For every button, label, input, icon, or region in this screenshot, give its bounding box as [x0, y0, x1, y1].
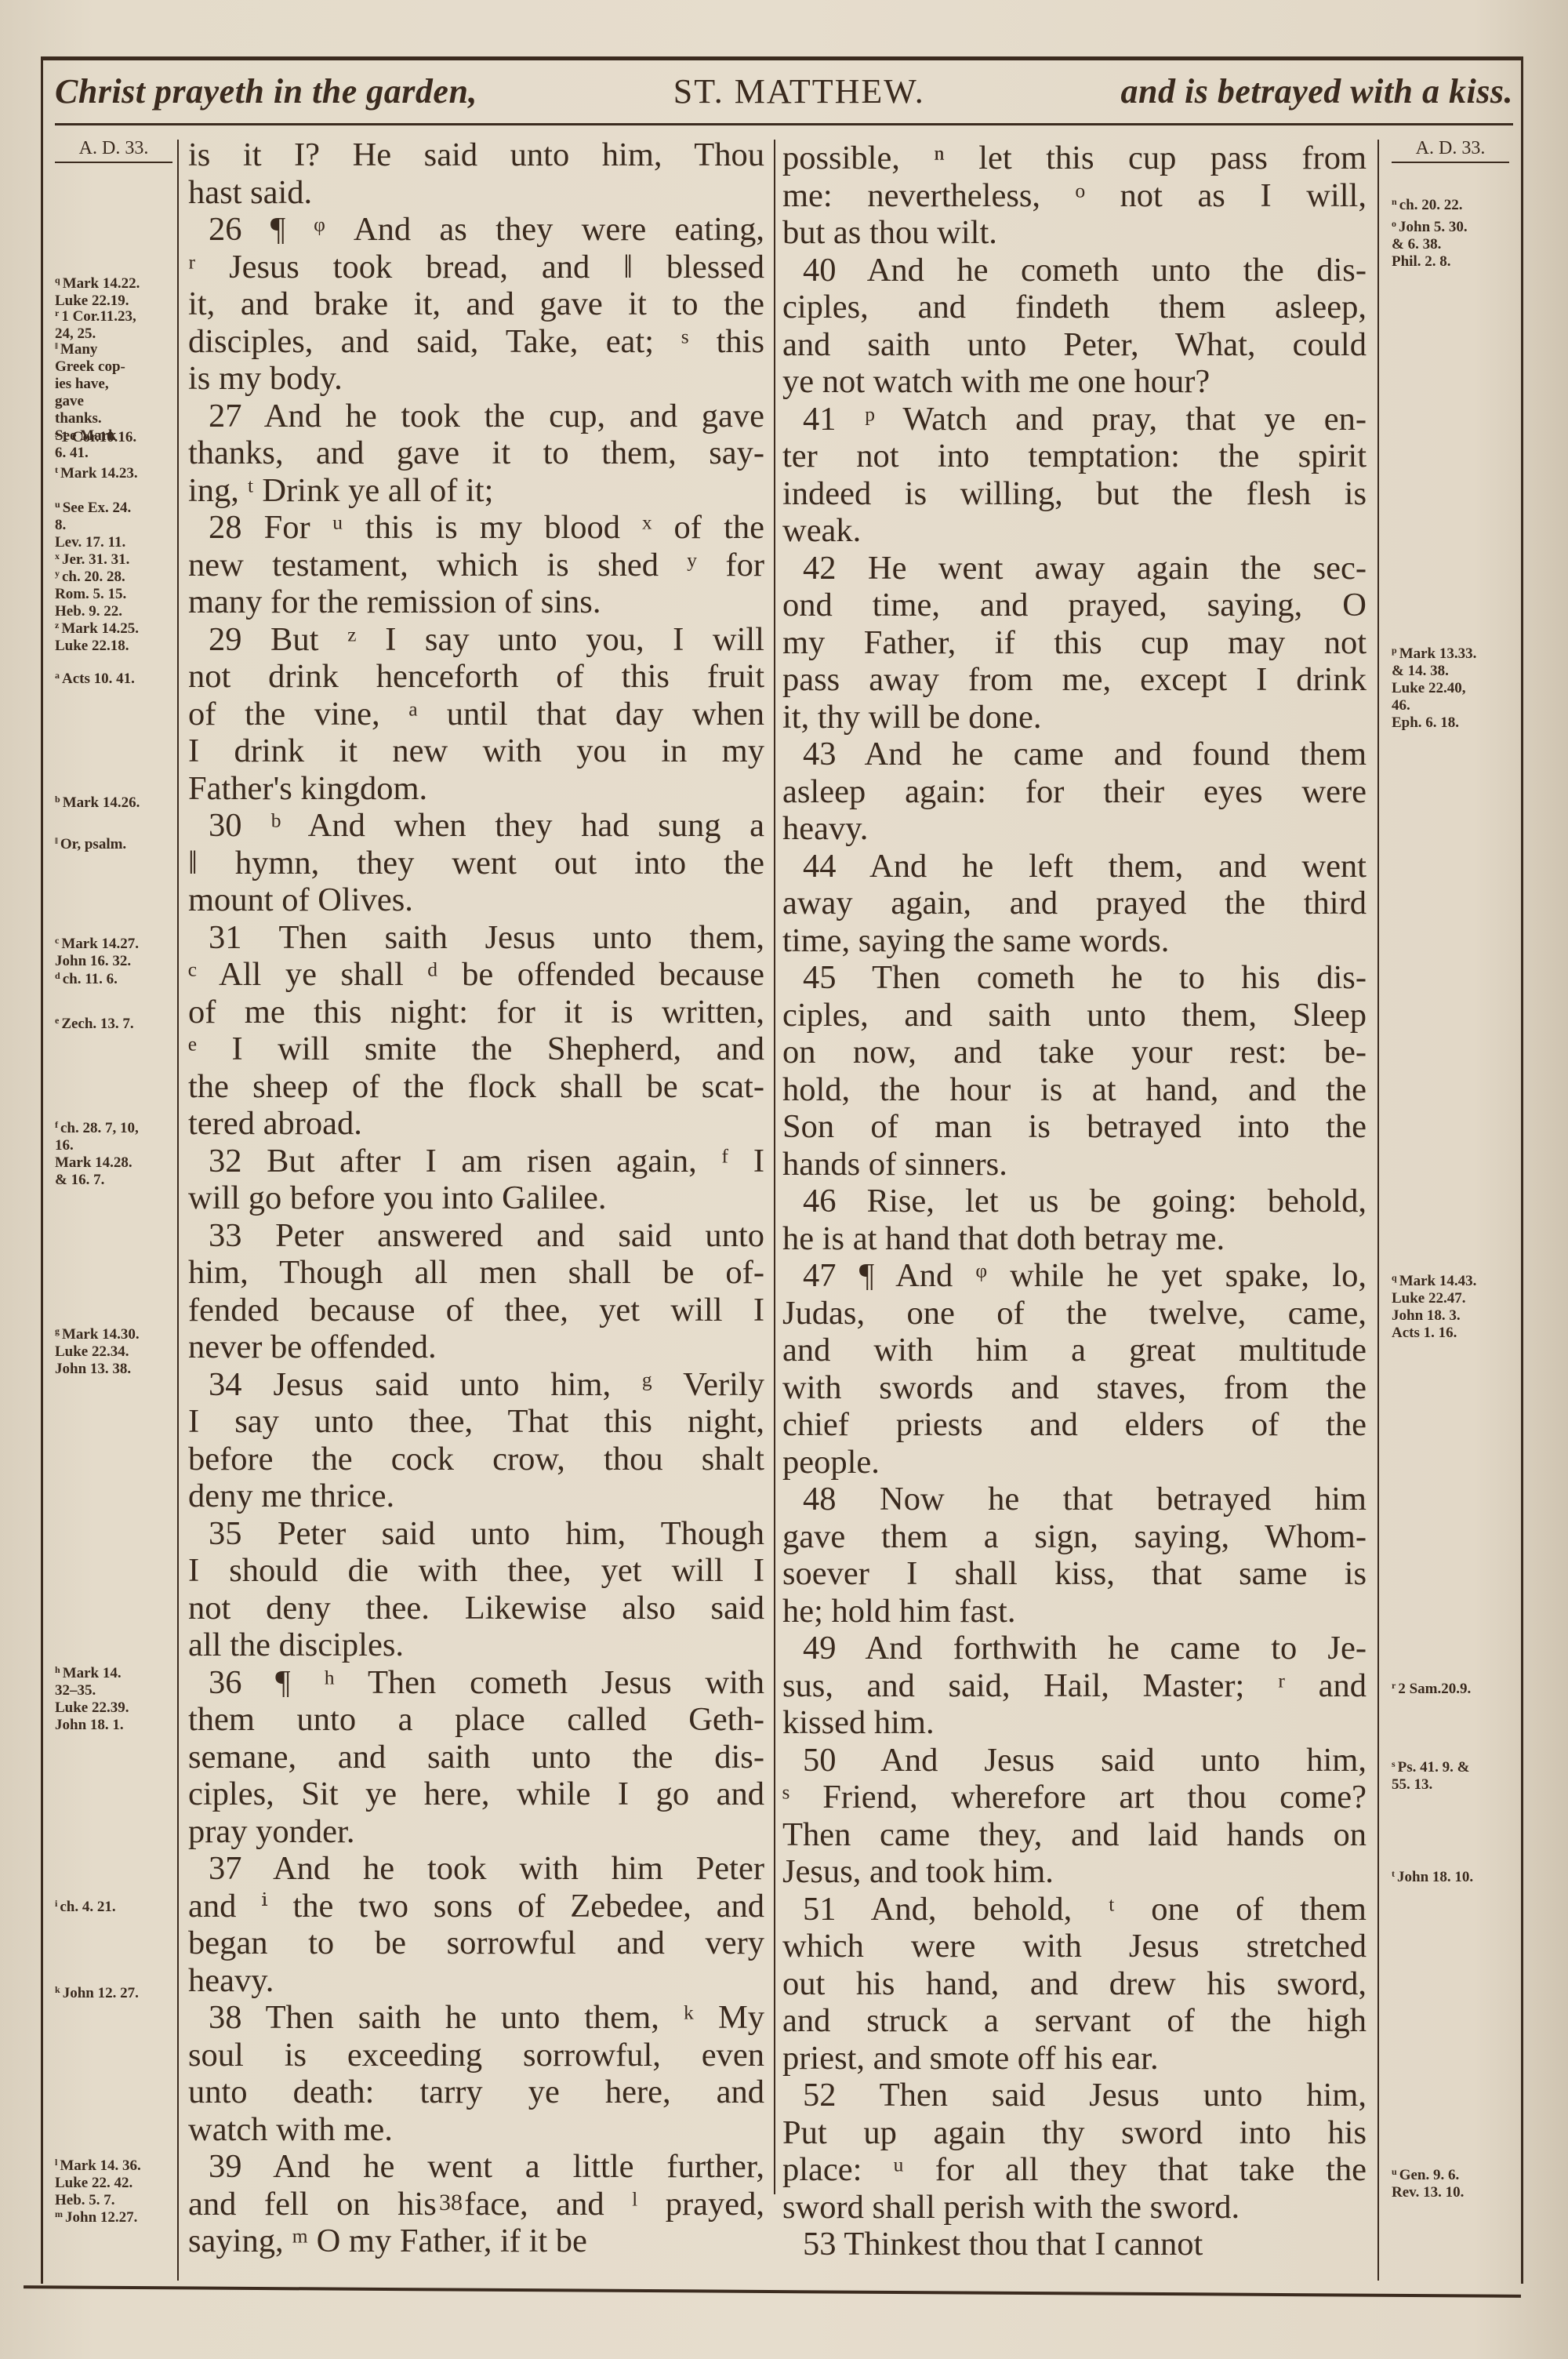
reference-mark: q — [55, 274, 60, 285]
verse-line: out his hand, and drew his sword, — [782, 1965, 1367, 2003]
reference-mark: l — [55, 2157, 57, 2168]
cross-reference-note: gMark 14.30. Luke 22.34. John 13. 38. — [55, 1322, 140, 1378]
cross-reference-note: mJohn 12.27. — [55, 2205, 137, 2226]
verse-line: hast said. — [188, 174, 764, 212]
verse-line: tered abroad. — [188, 1105, 764, 1143]
verse-line: but as thou wilt. — [782, 214, 1367, 252]
running-head-right: and is betrayed with a kiss. — [1121, 71, 1514, 111]
reference-mark: ‖ — [55, 340, 58, 351]
cross-reference-note: qMark 14.43. Luke 22.47. John 18. 3. Act… — [1392, 1269, 1476, 1342]
reference-mark: d — [55, 970, 60, 981]
running-head-left: Christ prayeth in the garden, — [55, 71, 477, 111]
verse-line: weak. — [782, 512, 1367, 550]
verse-line: sus, and said, Hail, Master; ʳ and — [782, 1667, 1367, 1705]
reference-text: Mark 14.30. Luke 22.34. John 13. 38. — [55, 1326, 140, 1377]
reference-text: 1 Cor.10.16. — [61, 429, 136, 445]
verse-line: with swords and staves, from the — [782, 1369, 1367, 1407]
verse-line: not drink henceforth of this fruit — [188, 658, 764, 696]
reference-mark: k — [55, 1984, 60, 1995]
verse-line: ‖ hymn, they went out into the — [188, 845, 764, 882]
verse-line: ᵉ I will smite the Shepherd, and — [188, 1030, 764, 1068]
verse-line: Jesus, and took him. — [782, 1853, 1367, 1891]
reference-text: Acts 10. 41. — [62, 671, 135, 687]
cross-reference-note: cMark 14.27. John 16. 32. — [55, 932, 139, 970]
verse-line: began to be sorrowful and very — [188, 1925, 764, 1962]
verse-line: pray yonder. — [188, 1813, 764, 1851]
cross-reference-note: uGen. 9. 6. Rev. 13. 10. — [1392, 2163, 1464, 2201]
reference-mark: c — [55, 935, 59, 946]
verse-line: new testament, which is shed ʸ for — [188, 547, 764, 584]
verse-line: 26 ¶ ᵠ And as they were eating, — [188, 211, 764, 249]
reference-mark: u — [1392, 2166, 1397, 2177]
cross-reference-note: ‖Or, psalm. — [55, 832, 126, 853]
verse-line: not deny thee. Likewise also said — [188, 1590, 764, 1627]
reference-mark: b — [55, 794, 60, 805]
verse-line: 33 Peter answered and said unto — [188, 1217, 764, 1255]
reference-mark: o — [1392, 218, 1396, 229]
verse-line: he is at hand that doth betray me. — [782, 1220, 1367, 1258]
cross-reference-note: nch. 20. 22. — [1392, 193, 1462, 214]
reference-mark: q — [1392, 1272, 1397, 1283]
verse-line: Then came they, and laid hands on — [782, 1816, 1367, 1854]
reference-mark: z — [55, 620, 59, 631]
verse-line: 39 And he went a little further, — [188, 2148, 764, 2186]
verse-line: and with him a great multitude — [782, 1332, 1367, 1369]
reference-mark: x — [55, 551, 60, 562]
right-margin-references: A. D. 33. nch. 20. 22.oJohn 5. 30. & 6. … — [1392, 140, 1509, 2257]
cross-reference-note: hMark 14. 32–35. Luke 22.39. John 18. 1. — [55, 1661, 129, 1734]
cross-reference-note: kJohn 12. 27. — [55, 1981, 139, 2002]
cross-reference-note: s1 Cor.10.16. — [55, 425, 136, 446]
verse-line: ye not watch with me one hour? — [782, 363, 1367, 401]
reference-text: ch. 20. 22. — [1399, 197, 1463, 213]
verse-line: it, thy will be done. — [782, 699, 1367, 736]
cross-reference-note: tMark 14.23. — [55, 461, 138, 482]
verse-line: Father's kingdom. — [188, 770, 764, 808]
verse-line: will go before you into Galilee. — [188, 1179, 764, 1217]
left-margin-date: A. D. 33. — [55, 140, 172, 163]
verse-line: him, Though all men shall be of- — [188, 1254, 764, 1292]
verse-line: 27 And he took the cup, and gave — [188, 398, 764, 435]
verse-line: before the cock crow, thou shalt — [188, 1441, 764, 1478]
cross-reference-note: eZech. 13. 7. — [55, 1012, 134, 1033]
verse-line: 51 And, behold, ᵗ one of them — [782, 1891, 1367, 1928]
verse-line: I say unto thee, That this night, — [188, 1403, 764, 1441]
cross-reference-note: fch. 28. 7, 10, 16. Mark 14.28. & 16. 7. — [55, 1116, 139, 1189]
verse-line: pass away from me, except I drink — [782, 661, 1367, 699]
verse-line: kissed him. — [782, 1704, 1367, 1742]
verse-line: is it I? He said unto him, Thou — [188, 136, 764, 174]
verse-line: my Father, if this cup may not — [782, 624, 1367, 662]
verse-line: heavy. — [188, 1962, 764, 2000]
verse-line: 45 Then cometh he to his dis- — [782, 959, 1367, 997]
verse-line: watch with me. — [188, 2111, 764, 2149]
verse-line: ciples, Sit ye here, while I go and — [188, 1776, 764, 1813]
verse-line: unto death: tarry ye here, and — [188, 2074, 764, 2111]
reference-text: 2 Sam.20.9. — [1398, 1681, 1471, 1697]
right-text-column: possible, ⁿ let this cup pass fromme: ne… — [782, 140, 1367, 2263]
reference-text: John 12. 27. — [63, 1985, 139, 2001]
verse-line: ʳ Jesus took bread, and ‖ blessed — [188, 249, 764, 286]
reference-mark: n — [1392, 196, 1397, 207]
reference-mark: u — [55, 499, 60, 510]
verse-line: 44 And he left them, and went — [782, 848, 1367, 885]
reference-text: John 5. 30. & 6. 38. Phil. 2. 8. — [1392, 219, 1468, 270]
verse-line: me: nevertheless, ᵒ not as I will, — [782, 177, 1367, 215]
verse-line: ing, ᵗ Drink ye all of it; — [188, 472, 764, 510]
verse-line: soever I shall kiss, that same is — [782, 1555, 1367, 1593]
verse-line: and fell on his face, and ˡ prayed, — [188, 2186, 764, 2223]
reference-mark: s — [1392, 1758, 1396, 1769]
reference-mark: f — [55, 1119, 58, 1130]
reference-text: Mark 14. 36. Luke 22. 42. Heb. 5. 7. — [55, 2157, 141, 2208]
reference-mark: t — [1392, 1868, 1395, 1879]
cross-reference-note: ych. 20. 28. Rom. 5. 15. Heb. 9. 22. — [55, 565, 126, 620]
verse-line: saying, ᵐ O my Father, if it be — [188, 2223, 764, 2260]
right-margin-divider — [1377, 140, 1379, 2281]
cross-reference-note: oJohn 5. 30. & 6. 38. Phil. 2. 8. — [1392, 215, 1468, 271]
bottom-rule — [24, 2285, 1521, 2298]
verse-line: 38 Then saith he unto them, ᵏ My — [188, 1999, 764, 2037]
verse-line: it, and brake it, and gave it to the — [188, 285, 764, 323]
left-text-column: is it I? He said unto him, Thouhast said… — [188, 136, 764, 2260]
verse-line: 35 Peter said unto him, Though — [188, 1515, 764, 1553]
verse-line: fended because of thee, yet will I — [188, 1292, 764, 1329]
reference-text: See Ex. 24. 8. Lev. 17. 11. — [55, 500, 131, 551]
verse-line: 46 Rise, let us be going: behold, — [782, 1183, 1367, 1220]
verse-line: 47 ¶ And ᵠ while he yet spake, lo, — [782, 1257, 1367, 1295]
reference-text: Mark 13.33. & 14. 38. Luke 22.40, 46. Ep… — [1392, 645, 1476, 731]
verse-line: them unto a place called Geth- — [188, 1701, 764, 1739]
verse-line: 49 And forthwith he came to Je- — [782, 1630, 1367, 1667]
verse-line: 41 ᵖ Watch and pray, that ye en- — [782, 401, 1367, 438]
cross-reference-note: r2 Sam.20.9. — [1392, 1677, 1471, 1698]
verse-line: time, saying the same words. — [782, 922, 1367, 960]
verse-line: ˢ Friend, wherefore art thou come? — [782, 1779, 1367, 1816]
reference-text: Mark 14.43. Luke 22.47. John 18. 3. Acts… — [1392, 1273, 1476, 1341]
verse-line: Put up again thy sword into his — [782, 2114, 1367, 2152]
reference-mark: r — [1392, 1680, 1396, 1691]
reference-text: John 12.27. — [65, 2209, 137, 2226]
verse-line: soul is exceeding sorrowful, even — [188, 2037, 764, 2074]
reference-text: Or, psalm. — [60, 836, 126, 852]
verse-line: 50 And Jesus said unto him, — [782, 1742, 1367, 1779]
verse-line: 48 Now he that betrayed him — [782, 1481, 1367, 1518]
reference-text: ch. 28. 7, 10, 16. Mark 14.28. & 16. 7. — [55, 1120, 139, 1188]
cross-reference-note: lMark 14. 36. Luke 22. 42. Heb. 5. 7. — [55, 2154, 141, 2209]
reference-text: Ps. 41. 9. & 55. 13. — [1392, 1759, 1470, 1793]
running-head: Christ prayeth in the garden, ST. MATTHE… — [55, 66, 1513, 116]
verse-line: place: ᵘ for all they that take the — [782, 2151, 1367, 2189]
verse-line: 30 ᵇ And when they had sung a — [188, 807, 764, 845]
verse-line: indeed is willing, but the flesh is — [782, 475, 1367, 513]
verse-line: which were with Jesus stretched — [782, 1928, 1367, 1965]
verse-line: 32 But after I am risen again, ᶠ I — [188, 1143, 764, 1180]
reference-mark: a — [55, 670, 60, 681]
verse-line: heavy. — [782, 810, 1367, 848]
verse-line: asleep again: for their eyes were — [782, 773, 1367, 811]
verse-line: I should die with thee, yet will I — [188, 1552, 764, 1590]
reference-text: Gen. 9. 6. Rev. 13. 10. — [1392, 2167, 1464, 2201]
verse-line: 40 And he cometh unto the dis- — [782, 252, 1367, 289]
reference-text: Mark 14.25. Luke 22.18. — [55, 620, 139, 654]
reference-mark: i — [55, 1898, 57, 1909]
verse-line: gave them a sign, saying, Whom- — [782, 1518, 1367, 1556]
cross-reference-note: aActs 10. 41. — [55, 667, 135, 688]
verse-line: ciples, and saith unto them, Sleep — [782, 997, 1367, 1034]
verse-line: is my body. — [188, 360, 764, 398]
verse-line: semane, and saith unto the dis- — [188, 1739, 764, 1776]
verse-line: 52 Then said Jesus unto him, — [782, 2077, 1367, 2114]
cross-reference-note: dch. 11. 6. — [55, 967, 118, 988]
reference-text: ch. 20. 28. Rom. 5. 15. Heb. 9. 22. — [55, 569, 126, 620]
verse-line: thanks, and gave it to them, say- — [188, 434, 764, 472]
verse-line: 31 Then saith Jesus unto them, — [188, 919, 764, 957]
verse-line: priest, and smote off his ear. — [782, 2040, 1367, 2077]
verse-line: 43 And he came and found them — [782, 736, 1367, 773]
reference-mark: h — [55, 1664, 60, 1675]
verse-line: ciples, and findeth them asleep, — [782, 289, 1367, 326]
reference-mark: s — [55, 428, 59, 439]
verse-line: possible, ⁿ let this cup pass from — [782, 140, 1367, 177]
verse-line: 53 Thinkest thou that I cannot — [782, 2226, 1367, 2263]
reference-text: Mark 14.27. John 16. 32. — [55, 936, 139, 969]
verse-line: 42 He went away again the sec- — [782, 550, 1367, 587]
center-column-divider — [774, 140, 775, 2194]
book-page: Christ prayeth in the garden, ST. MATTHE… — [0, 0, 1568, 2359]
verse-line: 36 ¶ ʰ Then cometh Jesus with — [188, 1664, 764, 1702]
verse-line: hands of sinners. — [782, 1146, 1367, 1183]
verse-line: of the vine, ᵃ until that day when — [188, 696, 764, 733]
verse-line: 28 For ᵘ this is my blood ˣ of the — [188, 509, 764, 547]
verse-line: 37 And he took with him Peter — [188, 1850, 764, 1888]
reference-mark: p — [1392, 645, 1397, 656]
verse-line: mount of Olives. — [188, 881, 764, 919]
reference-text: ch. 4. 21. — [60, 1899, 115, 1915]
reference-mark: ‖ — [55, 835, 58, 846]
cross-reference-note: bMark 14.26. — [55, 791, 140, 812]
verse-line: away again, and prayed the third — [782, 885, 1367, 922]
verse-line: and saith unto Peter, What, could — [782, 326, 1367, 364]
reference-mark: m — [55, 2208, 63, 2219]
verse-line: deny me thrice. — [188, 1478, 764, 1515]
verse-line: all the disciples. — [188, 1627, 764, 1664]
verse-line: ter not into temptation: the spirit — [782, 438, 1367, 475]
verse-line: 34 Jesus said unto him, ᵍ Verily — [188, 1366, 764, 1404]
right-margin-date: A. D. 33. — [1392, 140, 1509, 163]
cross-reference-note: ich. 4. 21. — [55, 1895, 116, 1916]
cross-reference-note: tJohn 18. 10. — [1392, 1865, 1473, 1886]
verse-line: ond time, and prayed, saying, O — [782, 587, 1367, 624]
reference-mark: y — [55, 568, 60, 579]
verse-line: chief priests and elders of the — [782, 1406, 1367, 1444]
verse-line: hold, the hour is at hand, and the — [782, 1071, 1367, 1109]
book-title: ST. MATTHEW. — [673, 71, 925, 111]
verse-line: and struck a servant of the high — [782, 2002, 1367, 2040]
reference-text: Mark 14.26. — [63, 794, 140, 811]
verse-line: never be offended. — [188, 1329, 764, 1366]
cross-reference-note: sPs. 41. 9. & 55. 13. — [1392, 1755, 1470, 1794]
cross-reference-note: uSee Ex. 24. 8. Lev. 17. 11. — [55, 496, 131, 551]
reference-mark: t — [55, 464, 58, 475]
page-number: 38 — [439, 2190, 463, 2216]
verse-line: I drink it new with you in my — [188, 732, 764, 770]
left-margin-divider — [177, 140, 179, 2281]
reference-mark: e — [55, 1015, 59, 1026]
reference-text: John 18. 10. — [1397, 1869, 1473, 1885]
reference-mark: r — [55, 307, 59, 318]
reference-text: Zech. 13. 7. — [61, 1016, 133, 1032]
verse-line: 29 But ᶻ I say unto you, I will — [188, 621, 764, 659]
verse-line: on now, and take your rest: be- — [782, 1034, 1367, 1071]
verse-line: the sheep of the flock shall be scat- — [188, 1068, 764, 1106]
verse-line: sword shall perish with the sword. — [782, 2189, 1367, 2226]
verse-line: Son of man is betrayed into the — [782, 1108, 1367, 1146]
left-margin-references: A. D. 33. qMark 14.22. Luke 22.19.r1 Cor… — [55, 140, 172, 2257]
cross-reference-note: pMark 13.33. & 14. 38. Luke 22.40, 46. E… — [1392, 642, 1476, 732]
verse-line: of me this night: for it is written, — [188, 994, 764, 1031]
verse-line: disciples, and said, Take, eat; ˢ this — [188, 323, 764, 361]
header-rule — [55, 123, 1513, 125]
verse-line: people. — [782, 1444, 1367, 1481]
verse-line: he; hold him fast. — [782, 1593, 1367, 1630]
reference-text: Mark 14. 32–35. Luke 22.39. John 18. 1. — [55, 1665, 129, 1733]
cross-reference-note: zMark 14.25. Luke 22.18. — [55, 616, 139, 655]
reference-text: Mark 14.23. — [60, 465, 138, 482]
verse-line: ᶜ All ye shall ᵈ be offended because — [188, 956, 764, 994]
top-rule — [41, 56, 1521, 60]
verse-line: Judas, one of the twelve, came, — [782, 1295, 1367, 1332]
verse-line: many for the remission of sins. — [188, 583, 764, 621]
reference-text: ch. 11. 6. — [63, 971, 118, 987]
reference-mark: g — [55, 1325, 60, 1336]
verse-line: and ⁱ the two sons of Zebedee, and — [188, 1888, 764, 1925]
